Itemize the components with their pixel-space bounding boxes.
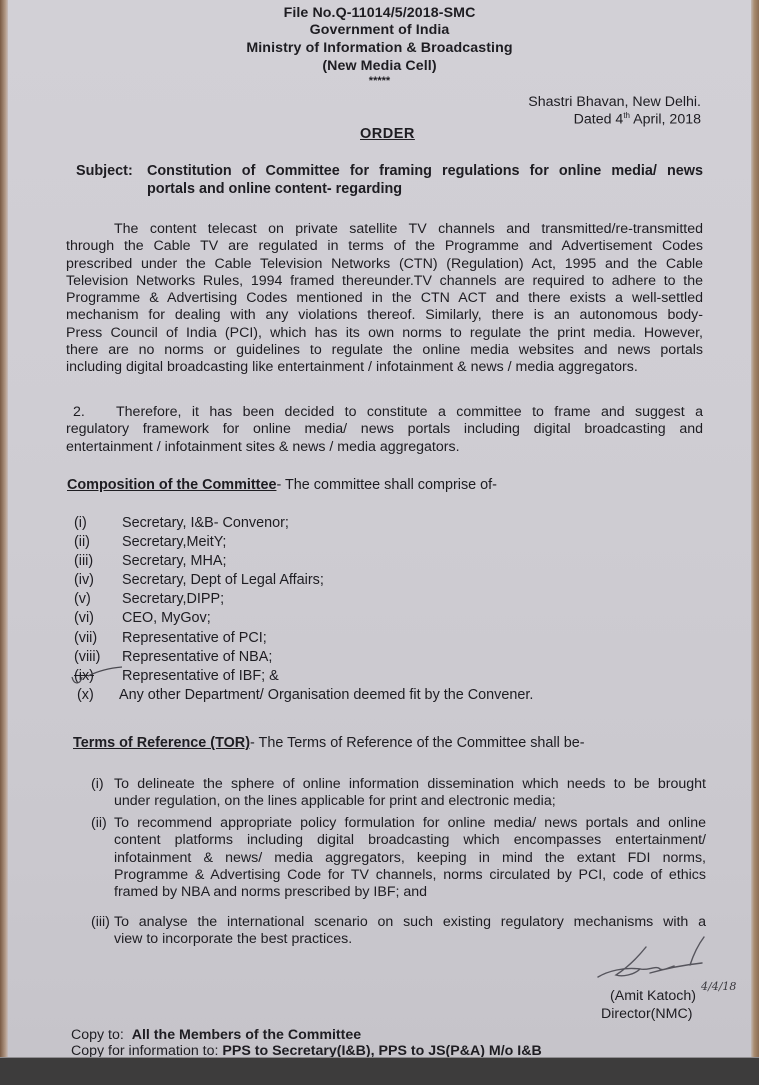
paragraph-1: The content telecast on private satellit… — [66, 221, 703, 377]
item-number: (vii) — [74, 629, 122, 648]
item-number: (v) — [74, 590, 122, 609]
copy-to-label: Copy to: — [71, 1027, 124, 1043]
copy-info-value: PPS to Secretary(I&B), PPS to JS(P&A) M/… — [222, 1043, 541, 1057]
list-item: (v)Secretary,DIPP; — [74, 590, 533, 609]
place-location: Shastri Bhavan, New Delhi. — [528, 94, 701, 110]
paragraph-line: Therefore, it has been decided to consti… — [66, 404, 703, 421]
item-text: Secretary,DIPP; — [122, 590, 224, 609]
list-item: (ii)Secretary,MeitY; — [74, 533, 533, 552]
document-page: File No.Q-11014/5/2018-SMC Government of… — [8, 0, 751, 1057]
list-item: (ix)Representative of IBF; & — [74, 667, 533, 686]
tor-heading-title: Terms of Reference (TOR) — [73, 735, 250, 751]
tor-number: (iii) — [91, 914, 110, 931]
paragraph-line: prescribed under the Cable Television Ne… — [66, 256, 703, 273]
file-number: File No.Q-11014/5/2018-SMC — [8, 5, 751, 21]
order-title: ORDER — [360, 126, 415, 142]
composition-heading-title: Composition of the Committee — [67, 477, 276, 493]
handwritten-mark-icon — [70, 665, 126, 687]
item-text: Any other Department/ Organisation deeme… — [119, 686, 533, 705]
paragraph-line: entertainment / infotainment sites & new… — [66, 439, 703, 456]
tor-number: (i) — [91, 776, 104, 793]
paragraph-number: 2. — [73, 404, 85, 421]
paragraph-line: Press Council of India (PCI), which has … — [66, 325, 703, 342]
tor-heading: Terms of Reference (TOR)- The Terms of R… — [73, 735, 585, 751]
tor-line: infotainment & news/ media aggregators, … — [114, 850, 706, 867]
item-text: Representative of IBF; & — [122, 667, 279, 686]
list-item: (i)Secretary, I&B- Convenor; — [74, 514, 533, 533]
bottom-bar — [0, 1057, 759, 1085]
cell-line: (New Media Cell) — [8, 58, 751, 74]
list-item: (x)Any other Department/ Organisation de… — [74, 686, 533, 705]
committee-members-list: (i)Secretary, I&B- Convenor; (ii)Secreta… — [74, 514, 533, 705]
tor-heading-intro: - The Terms of Reference of the Committe… — [250, 735, 585, 751]
place-date: Dated 4th April, 2018 — [574, 111, 701, 128]
ministry-line: Ministry of Information & Broadcasting — [8, 40, 751, 56]
tor-line: To analyse the international scenario on… — [114, 914, 706, 931]
paragraph-line: mechanism for dealing with any violation… — [66, 307, 703, 324]
tor-line: Programme & Advertising Code for TV chan… — [114, 867, 706, 884]
item-text: Secretary,MeitY; — [122, 533, 226, 552]
list-item: (vii)Representative of PCI; — [74, 629, 533, 648]
copy-info-label: Copy for information to: — [71, 1043, 218, 1057]
signatory-designation: Director(NMC) — [601, 1006, 692, 1022]
tor-line: framed by NBA and norms prescribed by IB… — [114, 884, 706, 901]
tor-line: under regulation, on the lines applicabl… — [114, 793, 706, 810]
signatory-name: (Amit Katoch) — [610, 988, 696, 1004]
copy-for-information: Copy for information to: PPS to Secretar… — [71, 1043, 542, 1057]
date-prefix: Dated 4 — [574, 112, 624, 128]
government-line: Government of India — [8, 22, 751, 38]
separator-stars: ***** — [8, 75, 751, 87]
paragraph-line: The content telecast on private satellit… — [66, 221, 703, 238]
item-number: (iv) — [74, 571, 122, 590]
composition-heading-intro: - The committee shall comprise of- — [276, 477, 496, 493]
date-sup: th — [623, 111, 630, 120]
paragraph-line: there are no norms or guidelines to regu… — [66, 342, 703, 359]
paragraph-2: 2. Therefore, it has been decided to con… — [66, 404, 703, 456]
paragraph-line: Television Networks Rules, 1994 framed t… — [66, 273, 703, 290]
photo-edge-right — [750, 0, 759, 1057]
tor-line: To delineate the sphere of online inform… — [114, 776, 706, 793]
list-item: (iii)Secretary, MHA; — [74, 552, 533, 571]
item-number: (iii) — [74, 552, 122, 571]
paragraph-line: regulatory framework for online media/ n… — [66, 421, 703, 438]
item-text: Representative of NBA; — [122, 648, 272, 667]
signature-date: 4/4/18 — [701, 980, 736, 993]
paragraph-line: including digital broadcasting like ente… — [66, 359, 703, 376]
tor-line: To recommend appropriate policy formulat… — [114, 815, 706, 832]
item-text: Representative of PCI; — [122, 629, 267, 648]
date-suffix: April, 2018 — [630, 112, 701, 128]
composition-heading: Composition of the Committee- The commit… — [67, 477, 497, 493]
list-item: (iv)Secretary, Dept of Legal Affairs; — [74, 571, 533, 590]
item-text: Secretary, Dept of Legal Affairs; — [122, 571, 324, 590]
copy-to-value: All the Members of the Committee — [132, 1027, 361, 1043]
item-text: CEO, MyGov; — [122, 609, 211, 628]
list-item: (vi)CEO, MyGov; — [74, 609, 533, 628]
subject-label: Subject: — [76, 163, 133, 179]
copy-to: Copy to: All the Members of the Committe… — [71, 1027, 361, 1043]
item-number: (i) — [74, 514, 122, 533]
item-number: (ii) — [74, 533, 122, 552]
item-number: (x) — [74, 686, 122, 705]
item-text: Secretary, MHA; — [122, 552, 227, 571]
paragraph-line: Programme & Advertising Codes mentioned … — [66, 290, 703, 307]
tor-line: content platforms including digital broa… — [114, 832, 706, 849]
subject-line: portals and online content- regarding — [147, 181, 703, 199]
paragraph-line: through the Cable TV are regulated in te… — [66, 238, 703, 255]
item-number: (vi) — [74, 609, 122, 628]
subject-text: Constitution of Committee for framing re… — [147, 163, 703, 198]
list-item: (viii)Representative of NBA; — [74, 648, 533, 667]
subject-line: Constitution of Committee for framing re… — [147, 163, 703, 181]
item-text: Secretary, I&B- Convenor; — [122, 514, 289, 533]
tor-number: (ii) — [91, 815, 107, 832]
